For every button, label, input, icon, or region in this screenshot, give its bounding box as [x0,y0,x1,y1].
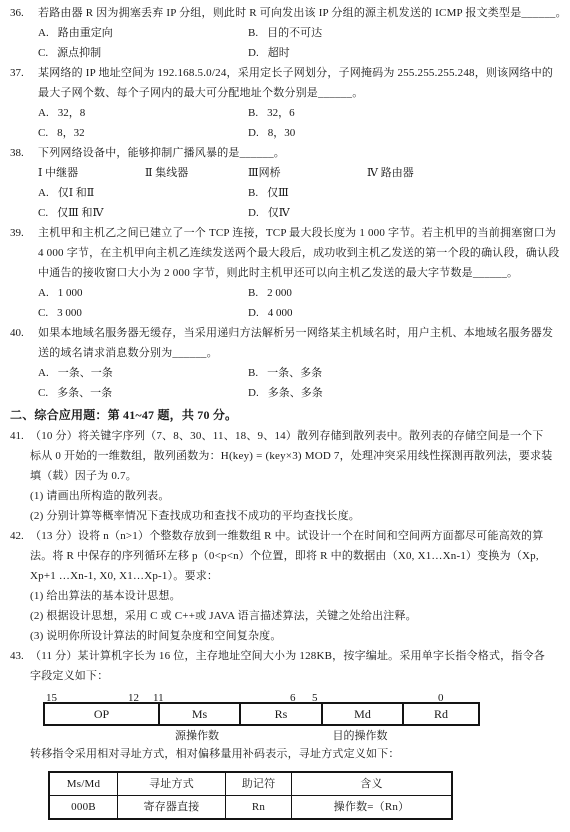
option-label: A. [38,363,49,383]
question-41: 41. （10 分）将关键字序列（7、8、30、11、18、9、14）散列存储到… [10,426,566,526]
table-header-row: Ms/Md 寻址方式 助记符 含义 [49,772,452,796]
question-number: 37. [10,63,38,83]
option-label: D. [248,383,259,403]
question-text-line: （10 分）将关键字序列（7、8、30、11、18、9、14）散列存储到散列表中… [30,426,566,446]
option-item: A.32，8 [38,103,248,123]
instruction-format-diagram: 15 12 11 6 5 0 OP Ms Rs Md Rd 源操作数 目的操作数 [43,688,484,743]
option-item: B.目的不可达 [248,23,566,43]
table-header-cell: 寻址方式 [118,772,226,796]
table-cell: 000B [49,796,118,820]
option-text: 4 000 [268,303,293,323]
option-label: C. [38,203,48,223]
option-item: A.一条、一条 [38,363,248,383]
question-text-line: （13 分）设将 n（n>1）个整数存放到一维数组 R 中。试设计一个在时间和空… [30,526,566,546]
option-text: 源点抑制 [57,43,101,63]
option-text: 仅Ⅳ [268,203,290,223]
question-text-line: 法。将 R 中保存的序列循环左移 p（0<p<n）个位置，即将 R 中的数据由（… [30,546,566,566]
option-text: 仅Ⅲ [267,183,289,203]
device-item: Ⅰ 中继器 [38,163,145,183]
device-item: Ⅲ网桥 [248,163,367,183]
table-header-cell: Ms/Md [49,772,118,796]
option-item: B.2 000 [248,283,566,303]
option-text: 8，32 [57,123,85,143]
option-item: D.8，30 [248,123,566,143]
option-label: B. [248,103,258,123]
question-text-line: 主机甲和主机乙之间已建立了一个 TCP 连接，TCP 最大段长度为 1 000 … [38,223,566,243]
option-text: 一条、一条 [58,363,113,383]
option-item: B.仅Ⅲ [248,183,566,203]
option-item: C.3 000 [38,303,248,323]
question-text-line: 下列网络设备中，能够抑制广播风暴的是______。 [38,143,566,163]
option-text: 8，30 [268,123,296,143]
option-item: C.源点抑制 [38,43,248,63]
bit-label: 11 [153,688,164,708]
addressing-note: 转移指令采用相对寻址方式，相对偏移量用补码表示，寻址方式定义如下： [10,744,566,764]
option-text: 3 000 [57,303,82,323]
question-number: 43. [10,646,30,666]
option-item: A.仅Ⅰ 和Ⅱ [38,183,248,203]
question-text-line: Xp+1 …Xn-1, X0, X1…Xp-1）。要求： [30,566,566,586]
bit-number-row: 15 12 11 6 5 0 [43,688,484,702]
option-text: 32，6 [267,103,295,123]
question-text-line: 送的域名请求消息数分别为______。 [38,343,566,363]
option-text: 仅Ⅲ 和Ⅳ [57,203,103,223]
bit-label: 15 [46,688,57,708]
question-text-line: （11 分）某计算机字长为 16 位，主存地址空间大小为 128KB，按字编址。… [30,646,566,666]
option-label: A. [38,283,49,303]
option-text: 目的不可达 [267,23,322,43]
option-label: D. [248,203,259,223]
option-item: C.仅Ⅲ 和Ⅳ [38,203,248,223]
option-item: D.多条、多条 [248,383,566,403]
option-text: 1 000 [58,283,83,303]
option-text: 路由重定向 [58,23,113,43]
question-subitem: (1) 给出算法的基本设计思想。 [30,586,566,606]
option-text: 多条、一条 [57,383,112,403]
caption-source-operand: 源操作数 [156,726,238,746]
device-item: Ⅳ 路由器 [367,163,414,183]
option-item: D.超时 [248,43,566,63]
device-items: Ⅰ 中继器 Ⅱ 集线器 Ⅲ网桥 Ⅳ 路由器 [38,163,566,183]
option-label: B. [248,283,258,303]
field-md: Md [321,704,402,724]
question-number: 39. [10,223,38,243]
option-label: A. [38,183,49,203]
question-39: 39. 主机甲和主机乙之间已建立了一个 TCP 连接，TCP 最大段长度为 1 … [10,223,566,323]
question-36: 36. 若路由器 R 因为拥塞丢弃 IP 分组，则此时 R 可向发出该 IP 分… [10,3,566,63]
option-item: A.路由重定向 [38,23,248,43]
question-text-line: 某网络的 IP 地址空间为 192.168.5.0/24，采用定长子网划分，子网… [38,63,566,83]
field-row: OP Ms Rs Md Rd [43,702,480,726]
bit-label: 5 [312,688,318,708]
field-rs: Rs [239,704,321,724]
field-ms: Ms [158,704,239,724]
option-item: D.仅Ⅳ [248,203,566,223]
question-text-line: 如果本地域名服务器无缓存，当采用递归方法解析另一网络某主机域名时，用户主机、本地… [38,323,566,343]
bit-label: 0 [438,688,444,708]
option-label: A. [38,23,49,43]
caption-dest-operand: 目的操作数 [319,726,401,746]
question-number: 36. [10,3,38,23]
question-38: 38. 下列网络设备中，能够抑制广播风暴的是______。 Ⅰ 中继器 Ⅱ 集线… [10,143,566,223]
option-label: B. [248,183,258,203]
question-40: 40. 如果本地域名服务器无缓存，当采用递归方法解析另一网络某主机域名时，用户主… [10,323,566,403]
option-label: C. [38,123,48,143]
table-header-cell: 助记符 [226,772,292,796]
question-text-line: 最大子网个数、每个子网内的最大可分配地址个数分别是______。 [38,83,566,103]
option-label: B. [248,363,258,383]
table-cell: 操作数=（Rn） [292,796,453,820]
option-item: C.8，32 [38,123,248,143]
option-item: D.4 000 [248,303,566,323]
table-cell: Rn [226,796,292,820]
question-number: 41. [10,426,30,446]
caption-row: 源操作数 目的操作数 [43,726,484,743]
option-item: A.1 000 [38,283,248,303]
question-subitem: (2) 分别计算等概率情况下查找成功和查找不成功的平均查找长度。 [30,506,566,526]
question-text-line: 中通告的接收窗口大小为 2 000 字节，则此时主机甲还可以向主机乙发送的最大字… [38,263,566,283]
question-text-line: 填（载）因子为 0.7。 [30,466,566,486]
option-label: D. [248,123,259,143]
question-37: 37. 某网络的 IP 地址空间为 192.168.5.0/24，采用定长子网划… [10,63,566,143]
option-item: C.多条、一条 [38,383,248,403]
question-number: 40. [10,323,38,343]
question-number: 38. [10,143,38,163]
option-label: D. [248,303,259,323]
question-text-line: 字段定义如下： [30,666,566,686]
addressing-table: Ms/Md 寻址方式 助记符 含义 000B 寄存器直接 Rn 操作数=（Rn） [48,771,453,820]
table-cell: 寄存器直接 [118,796,226,820]
option-text: 2 000 [267,283,292,303]
question-text-line: 标从 0 开始的一维数组，散列函数为：H(key) = (key×3) MOD … [30,446,566,466]
option-text: 32，8 [58,103,86,123]
option-label: D. [248,43,259,63]
question-subitem: (1) 请画出所构造的散列表。 [30,486,566,506]
table-header-cell: 含义 [292,772,453,796]
question-text-line: 4 000 字节，在主机甲向主机乙连续发送两个最大段后，成功收到主机乙发送的第一… [38,243,566,263]
question-subitem: (3) 说明你所设计算法的时间复杂度和空间复杂度。 [30,626,566,646]
option-text: 仅Ⅰ 和Ⅱ [58,183,95,203]
option-label: C. [38,383,48,403]
option-label: C. [38,303,48,323]
question-42: 42. （13 分）设将 n（n>1）个整数存放到一维数组 R 中。试设计一个在… [10,526,566,646]
bit-label: 12 [128,688,139,708]
section-header: 二、综合应用题：第 41~47 题，共 70 分。 [10,405,566,425]
option-text: 一条、多条 [267,363,322,383]
question-number: 42. [10,526,30,546]
bit-label: 6 [290,688,296,708]
option-label: B. [248,23,258,43]
option-text: 多条、多条 [268,383,323,403]
table-row: 000B 寄存器直接 Rn 操作数=（Rn） [49,796,452,820]
question-text-line: 若路由器 R 因为拥塞丢弃 IP 分组，则此时 R 可向发出该 IP 分组的源主… [38,3,566,23]
question-subitem: (2) 根据设计思想，采用 C 或 C++或 JAVA 语言描述算法，关键之处给… [30,606,566,626]
exam-page: 36. 若路由器 R 因为拥塞丢弃 IP 分组，则此时 R 可向发出该 IP 分… [0,0,570,820]
option-label: A. [38,103,49,123]
option-label: C. [38,43,48,63]
option-item: B.32，6 [248,103,566,123]
field-op: OP [45,704,158,724]
question-43: 43. （11 分）某计算机字长为 16 位，主存地址空间大小为 128KB，按… [10,646,566,686]
option-text: 超时 [268,43,290,63]
option-item: B.一条、多条 [248,363,566,383]
device-item: Ⅱ 集线器 [145,163,248,183]
